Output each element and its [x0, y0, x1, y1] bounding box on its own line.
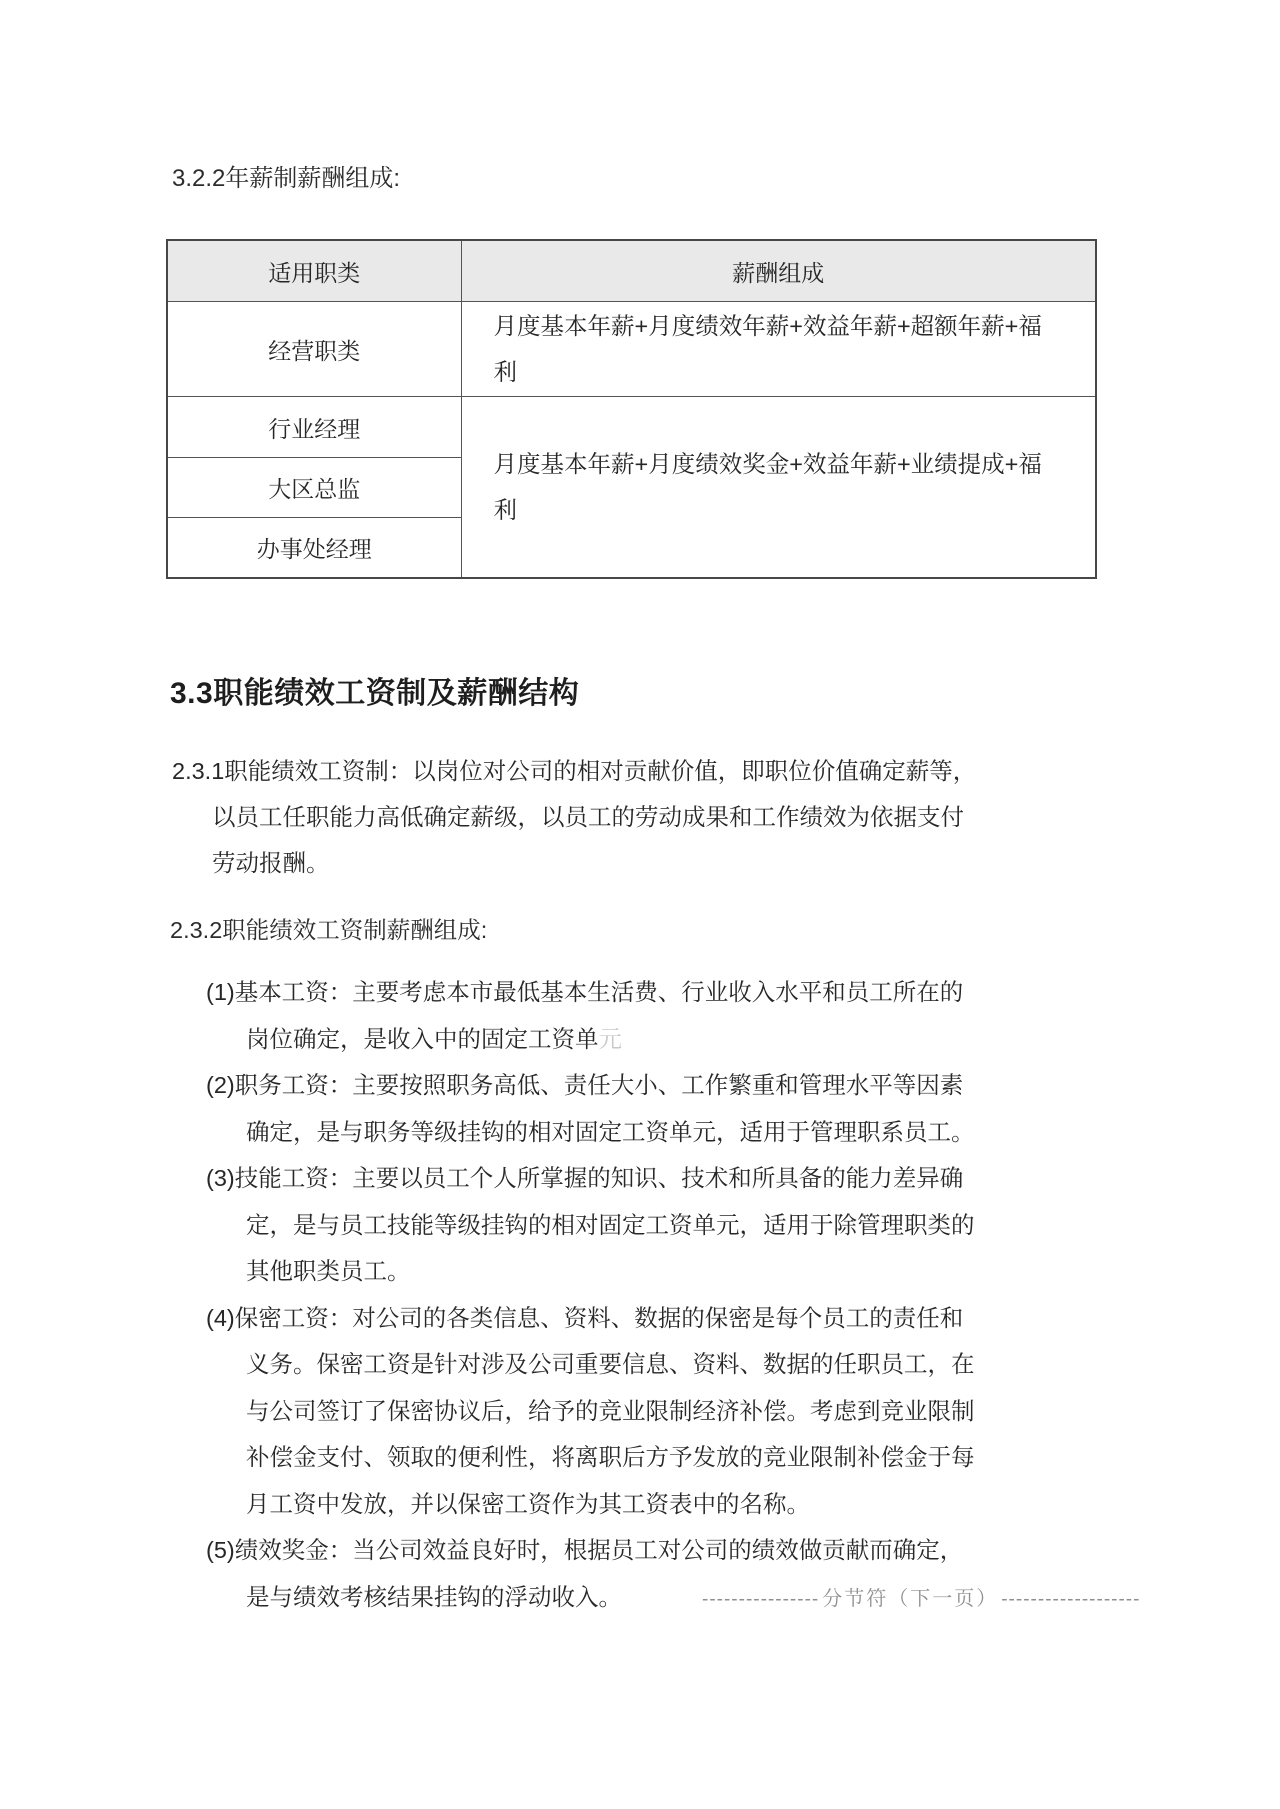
- item-line: 岗位确定，是收入中的固定工资单元: [0, 1016, 1280, 1063]
- paragraph-line: 2.3.1职能绩效工资制：以岗位对公司的相对贡献价值，即职位价值确定薪等，: [0, 748, 1280, 794]
- category-cell: 经营职类: [167, 302, 461, 397]
- item-text: 岗位确定，是收入中的固定工资单: [246, 1026, 599, 1052]
- item-line: 与公司签订了保密协议后，给予的竞业限制经济补偿。考虑到竞业限制: [0, 1388, 1280, 1435]
- section-break-marker: ----------------分节符（下一页）----------------…: [702, 1589, 1140, 1610]
- composition-cell-merged: 月度基本年薪+月度绩效奖金+效益年薪+业绩提成+福利: [461, 397, 1096, 578]
- item-text: (2)职务工资：主要按照职务高低、责任大小、工作繁重和管理水平等因素: [206, 1072, 963, 1098]
- section-break-dashes: -------------------: [1001, 1589, 1140, 1610]
- section-break-dashes: ----------------: [702, 1589, 819, 1610]
- paragraph-2-3-1: 2.3.1职能绩效工资制：以岗位对公司的相对贡献价值，即职位价值确定薪等， 以员…: [0, 748, 1280, 886]
- item-line: (4)保密工资：对公司的各类信息、资料、数据的保密是每个员工的责任和: [0, 1295, 1280, 1342]
- document-page: 3.2.2年薪制薪酬组成: 适用职类 薪酬组成 经营职类 月度基本年薪+月度绩效…: [0, 0, 1280, 1809]
- heading-2-3-2: 2.3.2职能绩效工资制薪酬组成:: [170, 911, 487, 945]
- item-text: 确定，是与职务等级挂钩的相对固定工资单元，适用于管理职系员工。: [246, 1119, 975, 1145]
- item-line: 定，是与员工技能等级挂钩的相对固定工资单元，适用于除管理职类的: [0, 1202, 1280, 1249]
- table-header-row: 适用职类 薪酬组成: [167, 240, 1096, 302]
- item-text: 与公司签订了保密协议后，给予的竞业限制经济补偿。考虑到竞业限制: [246, 1398, 975, 1424]
- section-break-label: 分节符（下一页）: [822, 1588, 998, 1610]
- category-cell: 办事处经理: [167, 518, 461, 578]
- table-row: 行业经理 月度基本年薪+月度绩效奖金+效益年薪+业绩提成+福利: [167, 397, 1096, 458]
- item-line: 义务。保密工资是针对涉及公司重要信息、资料、数据的任职员工，在: [0, 1341, 1280, 1388]
- paragraph-line: 劳动报酬。: [0, 840, 1280, 886]
- column-header-category: 适用职类: [167, 240, 461, 302]
- item-text: 补偿金支付、领取的便利性，将离职后方予发放的竞业限制补偿金于每: [246, 1444, 975, 1470]
- item-line: 其他职类员工。: [0, 1248, 1280, 1295]
- paragraph-line: 以员工任职能力高低确定薪级，以员工的劳动成果和工作绩效为依据支付: [0, 794, 1280, 840]
- item-text: (1)基本工资：主要考虑本市最低基本生活费、行业收入水平和员工所在的: [206, 979, 963, 1005]
- table-row: 经营职类 月度基本年薪+月度绩效年薪+效益年薪+超额年薪+福利: [167, 302, 1096, 397]
- category-cell: 行业经理: [167, 397, 461, 458]
- item-line: (2)职务工资：主要按照职务高低、责任大小、工作繁重和管理水平等因素: [0, 1062, 1280, 1109]
- category-cell: 大区总监: [167, 458, 461, 518]
- salary-composition-table-wrap: 适用职类 薪酬组成 经营职类 月度基本年薪+月度绩效年薪+效益年薪+超额年薪+福…: [166, 239, 1097, 579]
- item-text: 月工资中发放，并以保密工资作为其工资表中的名称。: [246, 1491, 810, 1517]
- item-line: 确定，是与职务等级挂钩的相对固定工资单元，适用于管理职系员工。: [0, 1109, 1280, 1156]
- item-text: 是与绩效考核结果挂钩的浮动收入。: [246, 1584, 622, 1610]
- item-line: 补偿金支付、领取的便利性，将离职后方予发放的竞业限制补偿金于每: [0, 1434, 1280, 1481]
- item-line: 是与绩效考核结果挂钩的浮动收入。----------------分节符（下一页）…: [0, 1574, 1280, 1624]
- item-line: 月工资中发放，并以保密工资作为其工资表中的名称。: [0, 1481, 1280, 1528]
- heading-3-3: 3.3职能绩效工资制及薪酬结构: [170, 668, 579, 712]
- salary-composition-table: 适用职类 薪酬组成 经营职类 月度基本年薪+月度绩效年薪+效益年薪+超额年薪+福…: [166, 239, 1097, 579]
- item-line: (1)基本工资：主要考虑本市最低基本生活费、行业收入水平和员工所在的: [0, 969, 1280, 1016]
- composition-cell: 月度基本年薪+月度绩效年薪+效益年薪+超额年薪+福利: [461, 302, 1096, 397]
- item-text: 定，是与员工技能等级挂钩的相对固定工资单元，适用于除管理职类的: [246, 1212, 975, 1238]
- numbered-item-list: (1)基本工资：主要考虑本市最低基本生活费、行业收入水平和员工所在的 岗位确定，…: [0, 969, 1280, 1623]
- item-text: (3)技能工资：主要以员工个人所掌握的知识、技术和所具备的能力差异确: [206, 1165, 963, 1191]
- item-text: (4)保密工资：对公司的各类信息、资料、数据的保密是每个员工的责任和: [206, 1305, 963, 1331]
- item-text: 其他职类员工。: [246, 1258, 411, 1284]
- item-text: (5)绩效奖金：当公司效益良好时，根据员工对公司的绩效做贡献而确定，: [206, 1537, 963, 1563]
- faded-character: 元: [599, 1026, 623, 1052]
- heading-3-2-2: 3.2.2年薪制薪酬组成:: [172, 158, 400, 193]
- item-line: (5)绩效奖金：当公司效益良好时，根据员工对公司的绩效做贡献而确定，: [0, 1527, 1280, 1574]
- column-header-composition: 薪酬组成: [461, 240, 1096, 302]
- item-line: (3)技能工资：主要以员工个人所掌握的知识、技术和所具备的能力差异确: [0, 1155, 1280, 1202]
- item-text: 义务。保密工资是针对涉及公司重要信息、资料、数据的任职员工，在: [246, 1351, 975, 1377]
